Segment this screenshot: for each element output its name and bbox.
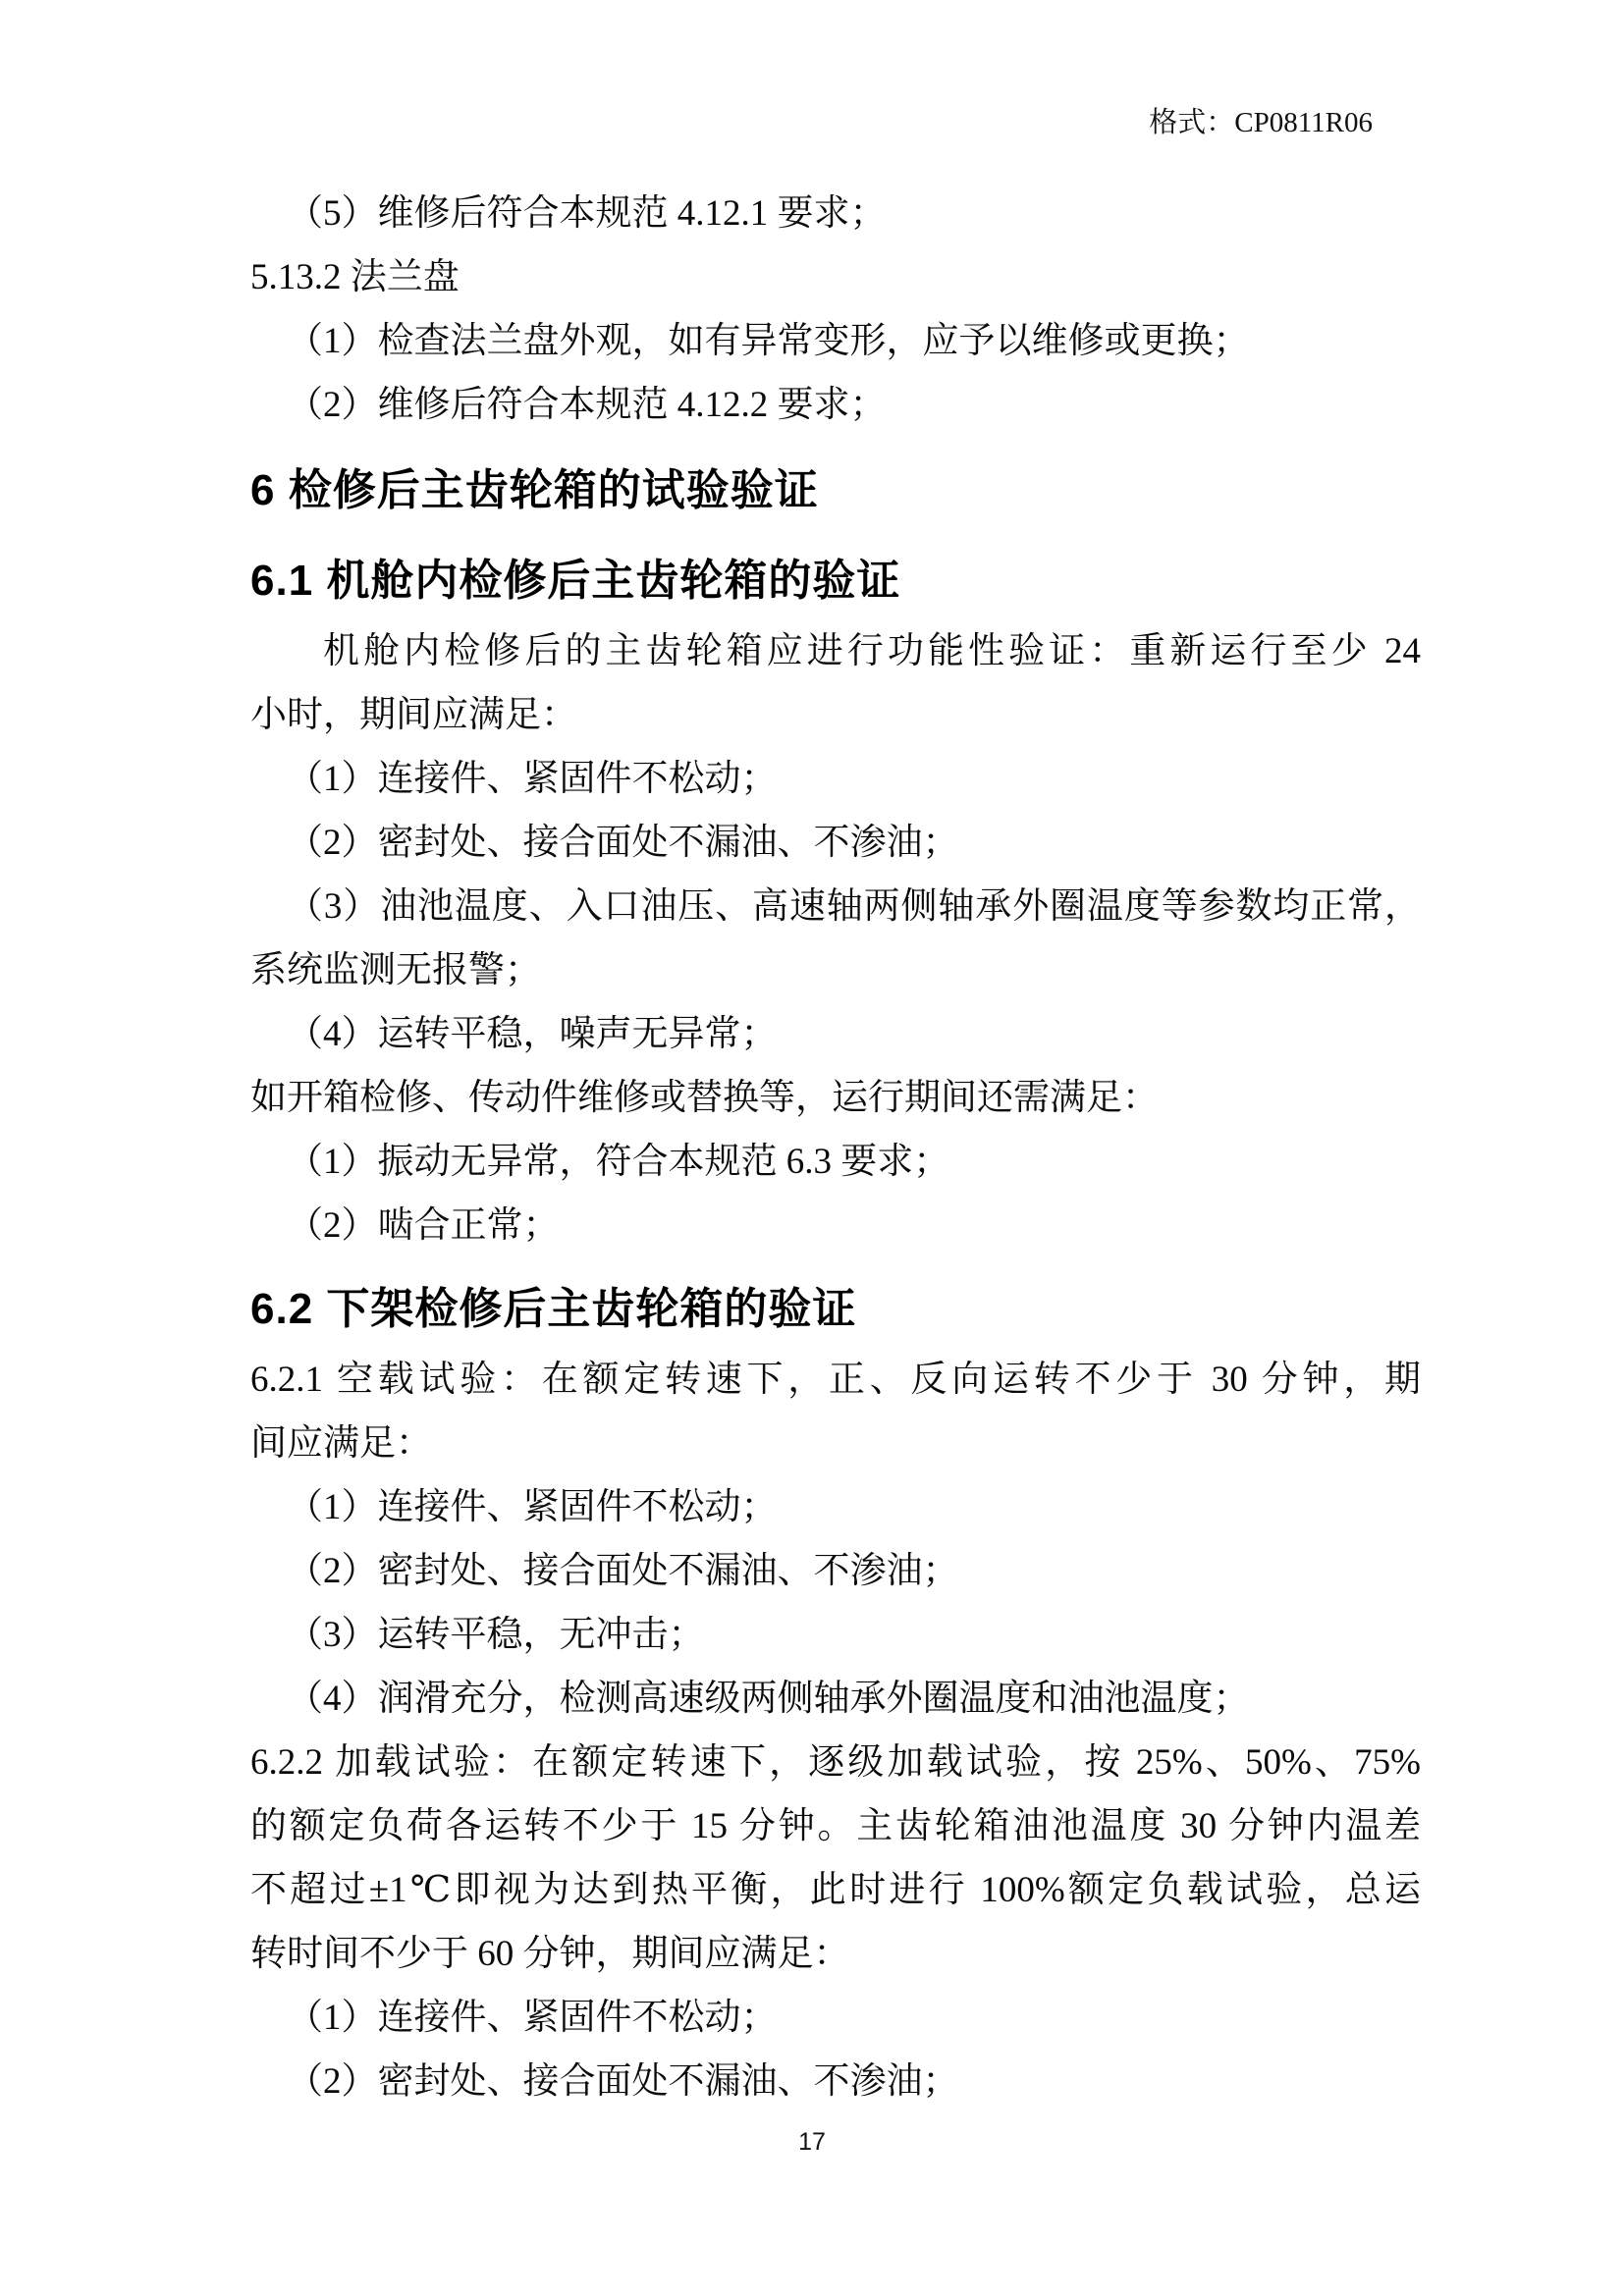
list-item-line: （3）油池温度、入口油压、高速轴两侧轴承外圈温度等参数均正常， bbox=[250, 875, 1421, 938]
document-page: 格式：CP0811R06 （5）维修后符合本规范 4.12.1 要求；5.13.… bbox=[0, 0, 1624, 2296]
paragraph-line: 间应满足： bbox=[250, 1412, 1421, 1475]
list-item-line: （1）振动无异常，符合本规范 6.3 要求； bbox=[250, 1130, 1421, 1194]
list-item-line: （2）密封处、接合面处不漏油、不渗油； bbox=[250, 811, 1421, 875]
list-item-line: （1）检查法兰盘外观，如有异常变形，应予以维修或更换； bbox=[250, 309, 1421, 373]
paragraph-line: 系统监测无报警； bbox=[250, 938, 1421, 1002]
paragraph-line: 转时间不少于 60 分钟，期间应满足： bbox=[250, 1922, 1421, 1986]
list-item-line: （5）维修后符合本规范 4.12.1 要求； bbox=[250, 182, 1421, 245]
page-header: 格式：CP0811R06 bbox=[1149, 104, 1373, 141]
paragraph-line: 6.2.1 空载试验：在额定转速下，正、反向运转不少于 30 分钟，期 bbox=[250, 1348, 1421, 1412]
paragraph-line: 不超过±1℃即视为达到热平衡，此时进行 100%额定负载试验，总运 bbox=[250, 1858, 1421, 1922]
list-item-line: （1）连接件、紧固件不松动； bbox=[250, 1986, 1421, 2050]
format-code-label: 格式：CP0811R06 bbox=[1149, 107, 1373, 138]
paragraph-line: 如开箱检修、传动件维修或替换等，运行期间还需满足： bbox=[250, 1066, 1421, 1130]
list-item-line: （2）密封处、接合面处不漏油、不渗油； bbox=[250, 1539, 1421, 1603]
paragraph-first-line: 机舱内检修后的主齿轮箱应进行功能性验证：重新运行至少 24 bbox=[250, 619, 1421, 683]
paragraph-line: 6.2.2 加载试验：在额定转速下，逐级加载试验，按 25%、50%、75% bbox=[250, 1731, 1421, 1794]
paragraph-line: 5.13.2 法兰盘 bbox=[250, 245, 1421, 309]
list-item-line: （2）啮合正常； bbox=[250, 1194, 1421, 1257]
section-heading: 6 检修后主齿轮箱的试验验证 bbox=[250, 453, 1421, 529]
list-item-line: （4）运转平稳，噪声无异常； bbox=[250, 1002, 1421, 1066]
list-item-line: （2）维修后符合本规范 4.12.2 要求； bbox=[250, 373, 1421, 437]
list-item-line: （2）密封处、接合面处不漏油、不渗油； bbox=[250, 2050, 1421, 2113]
page-footer: 17 bbox=[0, 2128, 1624, 2157]
paragraph-line: 小时，期间应满足： bbox=[250, 683, 1421, 747]
list-item-line: （1）连接件、紧固件不松动； bbox=[250, 1475, 1421, 1539]
list-item-line: （4）润滑充分，检测高速级两侧轴承外圈温度和油池温度； bbox=[250, 1667, 1421, 1731]
subsection-heading: 6.2 下架检修后主齿轮箱的验证 bbox=[250, 1271, 1421, 1348]
document-body: （5）维修后符合本规范 4.12.1 要求；5.13.2 法兰盘（1）检查法兰盘… bbox=[250, 182, 1421, 2113]
list-item-line: （1）连接件、紧固件不松动； bbox=[250, 747, 1421, 811]
list-item-line: （3）运转平稳，无冲击； bbox=[250, 1603, 1421, 1667]
paragraph-line: 的额定负荷各运转不少于 15 分钟。主齿轮箱油池温度 30 分钟内温差 bbox=[250, 1794, 1421, 1858]
page-number: 17 bbox=[798, 2128, 826, 2156]
subsection-heading: 6.1 机舱内检修后主齿轮箱的验证 bbox=[250, 543, 1421, 619]
